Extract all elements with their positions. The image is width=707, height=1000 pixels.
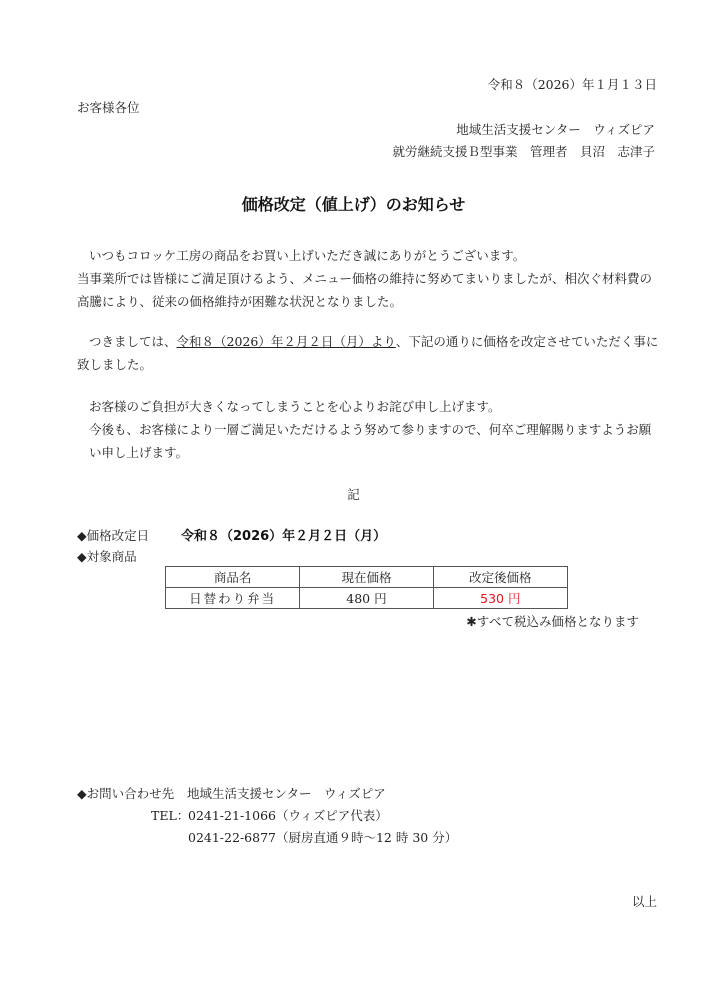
table-header-row: 商品名 現在価格 改定後価格 (166, 567, 568, 588)
header-product-name: 商品名 (166, 567, 300, 588)
document-date: 令和８（2026）年１月１３日 (488, 75, 657, 93)
header-new-price: 改定後価格 (433, 567, 567, 588)
product-name-cell: 日替わり弁当 (166, 588, 300, 609)
header-current-price: 現在価格 (300, 567, 433, 588)
table-row: 日替わり弁当 480 円 530 円 (166, 588, 568, 609)
current-price-cell: 480 円 (300, 588, 433, 609)
sender-manager: 就労継続支援Ｂ型事業 管理者 貝沼 志津子 (392, 142, 655, 160)
price-table: 商品名 現在価格 改定後価格 日替わり弁当 480 円 530 円 (165, 566, 568, 609)
tel-label: TEL： (151, 806, 189, 824)
sender-organization: 地域生活支援センター ウィズピア (456, 120, 655, 138)
closing-mark: 以上 (632, 892, 657, 910)
paragraph-apology: お客様のご負担が大きくなってしまうことを心よりお詫び申し上げます。 今後も、お客… (77, 395, 660, 464)
tax-note: ✱すべて税込み価格となります (466, 612, 639, 630)
request-line: 今後も、お客様により一層ご満足いただけるよう努めて参りますので、何卒ご理解賜りま… (77, 418, 660, 464)
revision-date-value: 令和８（2026）年２月２日（月） (181, 525, 386, 544)
greeting-line: いつもコロッケ工房の商品をお買い上げいただき誠にありがとうございます。 (77, 244, 660, 267)
announcement-prefix: つきましては、 (77, 334, 177, 349)
target-items-label: ◆対象商品 (77, 547, 137, 565)
effective-date-underlined: 令和８（2026）年２月２日（月）より (177, 334, 396, 349)
paragraph-announcement: つきましては、令和８（2026）年２月２日（月）より、下記の通りに価格を改定させ… (77, 330, 660, 376)
greeting-body: 当事業所では皆様にご満足頂けるよう、メニュー価格の維持に努めてまいりましたが、相… (77, 267, 660, 313)
page-title: 価格改定（値上げ）のお知らせ (0, 192, 707, 215)
apology-line: お客様のご負担が大きくなってしまうことを心よりお詫び申し上げます。 (77, 395, 660, 418)
paragraph-greeting: いつもコロッケ工房の商品をお買い上げいただき誠にありがとうございます。 当事業所… (77, 244, 660, 313)
new-price-cell: 530 円 (433, 588, 567, 609)
contact-label: ◆お問い合わせ先 (77, 784, 174, 802)
contact-organization: 地域生活支援センター ウィズピア (187, 784, 386, 802)
ki-heading: 記 (0, 485, 707, 503)
tel-main: 0241-21-1066（ウィズピア代表） (188, 806, 388, 824)
revision-date-label: ◆価格改定日 (77, 526, 149, 544)
addressee: お客様各位 (77, 98, 140, 116)
tel-kitchen: 0241-22-6877（厨房直通９時～12 時 30 分） (188, 828, 457, 846)
